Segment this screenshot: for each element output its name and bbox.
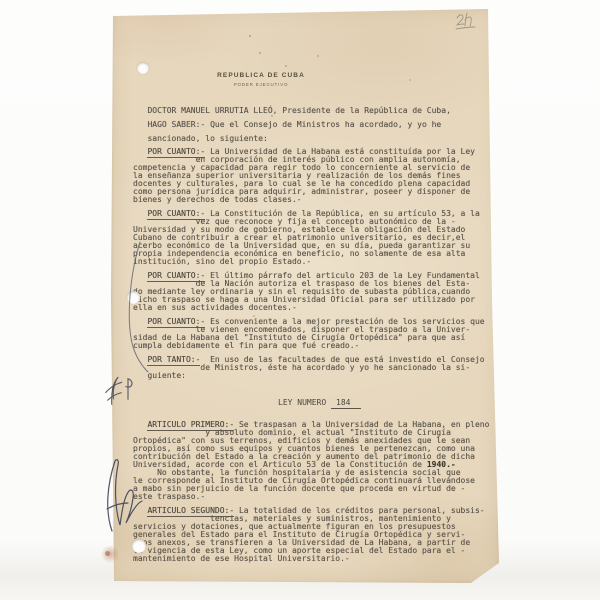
intro-block: DOCTOR MANUEL URRUTIA LLEÓ, Presidente d… (133, 104, 489, 146)
typed-line: HAGO SABER:- Que el Consejo de Ministros… (133, 118, 489, 132)
por-cuanto-2: POR CUANTO:- La Constitución de la Repúb… (133, 210, 489, 266)
hole-punch-middle (127, 291, 140, 304)
letterhead-subtitle: PODER EJECUTIVO (161, 82, 361, 87)
paper-foxing-specks (249, 35, 251, 37)
typed-line: mantenimiento de ese Hospital Universita… (133, 555, 489, 563)
hole-punch-bottom (132, 539, 146, 553)
typed-line: guiente: (133, 372, 489, 380)
document-paper: REPUBLICA DE CUBA PODER EJECUTIVO DOCTOR… (111, 7, 500, 584)
letterhead: REPUBLICA DE CUBA PODER EJECUTIVO (161, 72, 361, 87)
preamble-section: POR CUANTO:- La Universidad de La Habana… (133, 148, 489, 380)
law-number-value: 184 (331, 398, 361, 409)
scanned-document-photo: { "window": {"width": 600, "height": 600… (0, 0, 600, 600)
typed-line: institución, sino del propio Estado.- (133, 258, 489, 266)
typed-line: este traspaso.- (133, 493, 489, 501)
hole-punch-top (137, 62, 149, 74)
por-tanto: POR TANTO:- En uso de las facultades de … (133, 356, 489, 380)
typed-line: de Ministros, éste ha acordado y yo he s… (133, 364, 489, 372)
articulo-primero: ARTICULO PRIMERO:- Se traspasan a la Uni… (133, 421, 489, 501)
law-number-heading: LEY NUMERO 184 (278, 398, 489, 407)
typed-line: sancionado, lo siguiente: (133, 132, 489, 146)
articulo-segundo: ARTICULO SEGUNDO:- La totalidad de los c… (133, 507, 489, 563)
typed-line: DOCTOR MANUEL URRUTIA LLEÓ, Presidente d… (133, 104, 489, 118)
por-cuanto-1: POR CUANTO:- La Universidad de La Habana… (133, 148, 489, 204)
letterhead-title: REPUBLICA DE CUBA (161, 72, 361, 79)
por-cuanto-4: POR CUANTO:- Es conveniente a la mejor p… (133, 318, 489, 350)
typed-line: cumpla debidamente el fin para que fué c… (133, 342, 489, 350)
typed-text-block: DOCTOR MANUEL URRUTIA LLEÓ, Presidente d… (133, 104, 489, 569)
rust-stain (101, 545, 119, 563)
typed-line: ella en sus actividades docentes.- (133, 304, 489, 312)
por-cuanto-3: POR CUANTO:- El último párrafo del artic… (133, 272, 489, 312)
rust-stain-core (105, 551, 110, 556)
law-number-prefix: LEY NUMERO (278, 398, 326, 407)
articles-section: ARTICULO PRIMERO:- Se traspasan a la Uni… (133, 421, 489, 563)
typed-line: bienes y derechos de todas clases.- (133, 196, 489, 204)
